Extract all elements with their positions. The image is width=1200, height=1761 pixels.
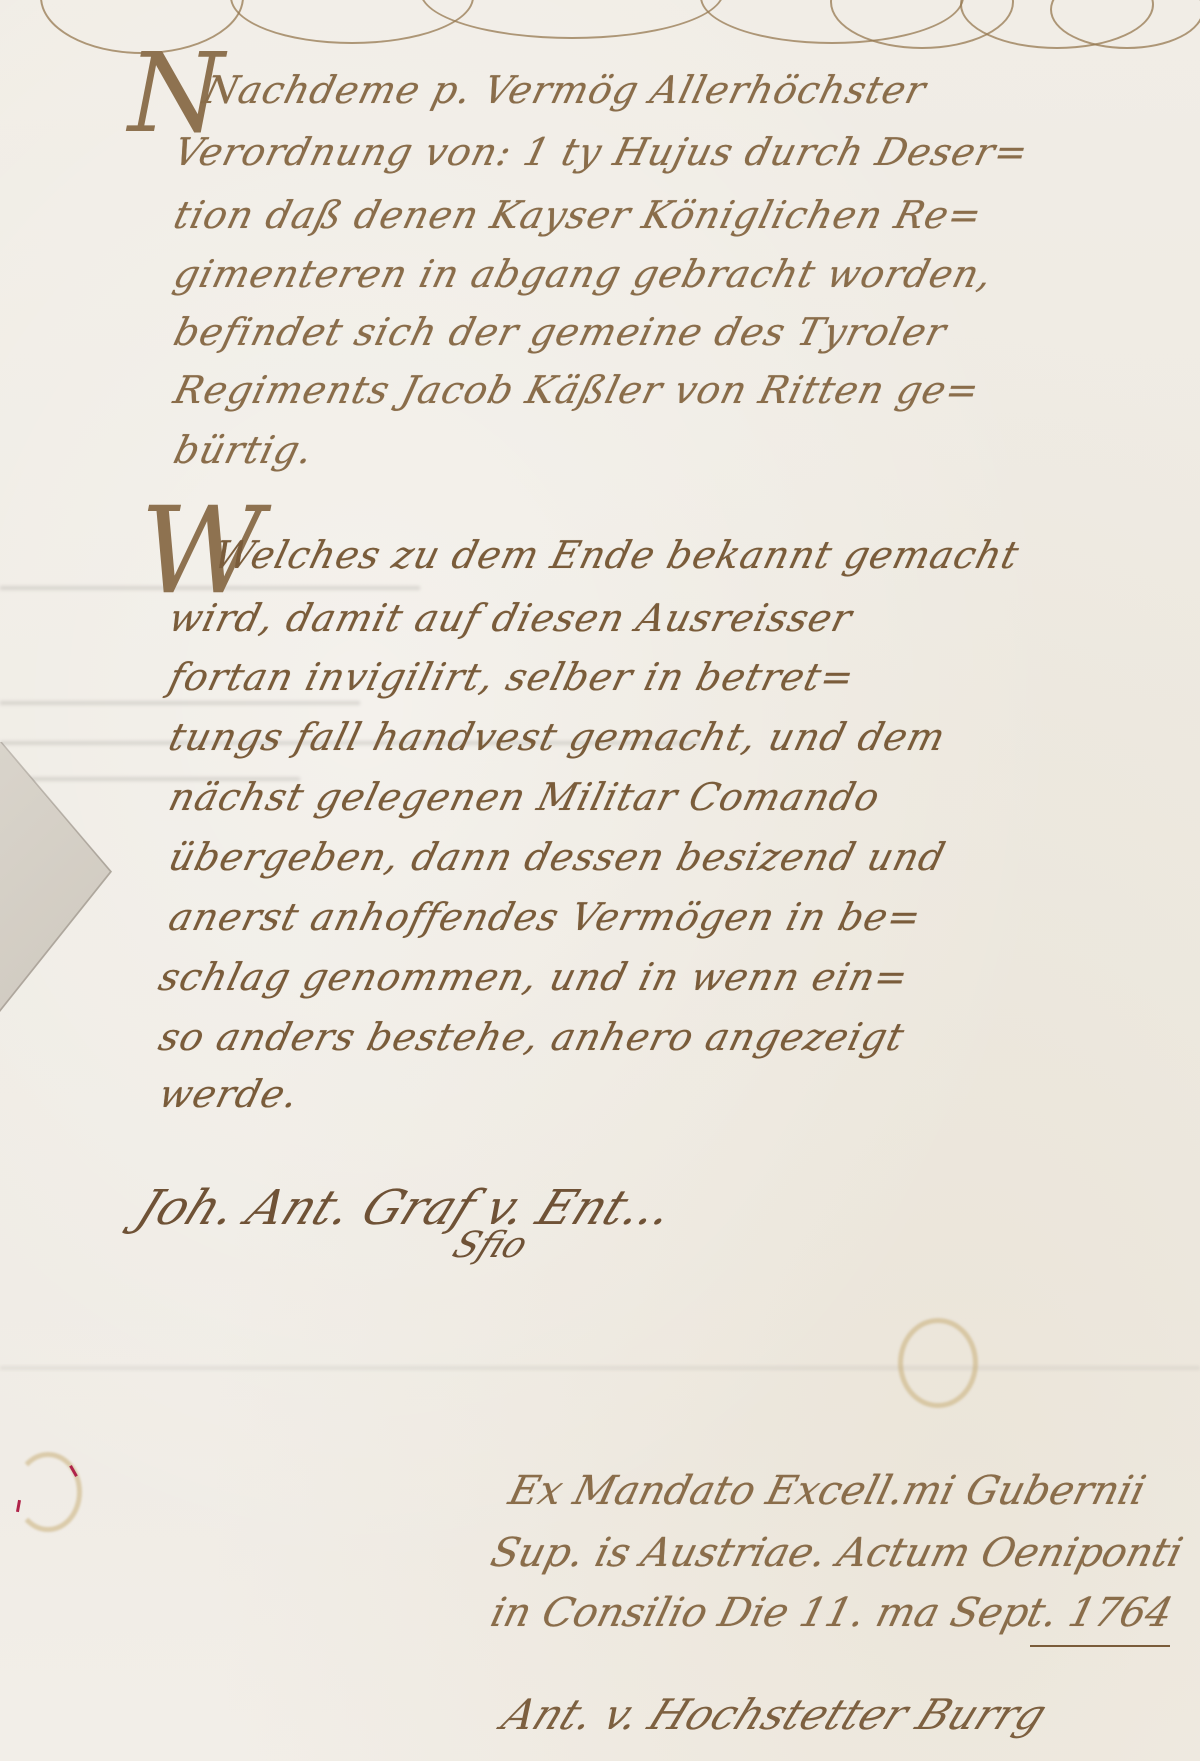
text-line: Regiments Jacob Käßler von Ritten ge= [170,368,985,412]
date-underline [1030,1645,1170,1647]
text-line: werde. [155,1072,304,1116]
text-line: befindet sich der gemeine des Tyroler [170,310,952,354]
text-line: nächst gelegenen Militar Comando [165,775,885,819]
text-line: bürtig. [170,428,319,472]
text-line: fortan invigilirt, selber in betret= [165,655,860,699]
text-line: so anders bestehe, anhero angezeigt [155,1015,910,1059]
text-line: anerst anhoffendes Vermögen in be= [165,895,927,939]
closing-line: Sup. is Austriae. Actum Oeniponti [486,1530,1187,1576]
text-line: wird, damit auf diesen Ausreisser [165,596,857,640]
paper-crease [0,700,360,706]
text-line: Verordnung von: 1 ty Hujus durch Deser= [170,130,1034,174]
text-line: übergeben, dann dessen besizend und [165,835,951,879]
decorative-flourish [420,0,724,39]
closing-line: Ex Mandato Excell.mi Gubernii [504,1468,1150,1514]
stain-mark [14,1452,82,1532]
text-line: Nachdeme p. Vermög Allerhöchster [200,68,931,112]
text-line: Welches zu dem Ende bekannt gemacht [210,533,1024,577]
text-line: tion daß denen Kayser Königlichen Re= [170,193,988,237]
folded-paper-flap [0,742,112,1012]
closing-line-date: in Consilio Die 11. ma Sept. 1764 [486,1590,1177,1636]
signature-text: Joh. Ant. Graf v. Ent... [129,1180,682,1236]
stain-mark [898,1318,978,1408]
text-line: tungs fall handvest gemacht, und dem [165,715,951,759]
paper-crease [0,1365,1200,1371]
signature-abbrev: Sfio [447,1225,534,1266]
document-page: N Nachdeme p. Vermög Allerhöchster Veror… [0,0,1200,1761]
signature-text: Ant. v. Hochstetter Burrg [495,1690,1054,1739]
text-line: schlag genommen, und in wenn ein= [155,955,914,999]
text-line: gimenteren in abgang gebracht worden, [170,252,998,296]
